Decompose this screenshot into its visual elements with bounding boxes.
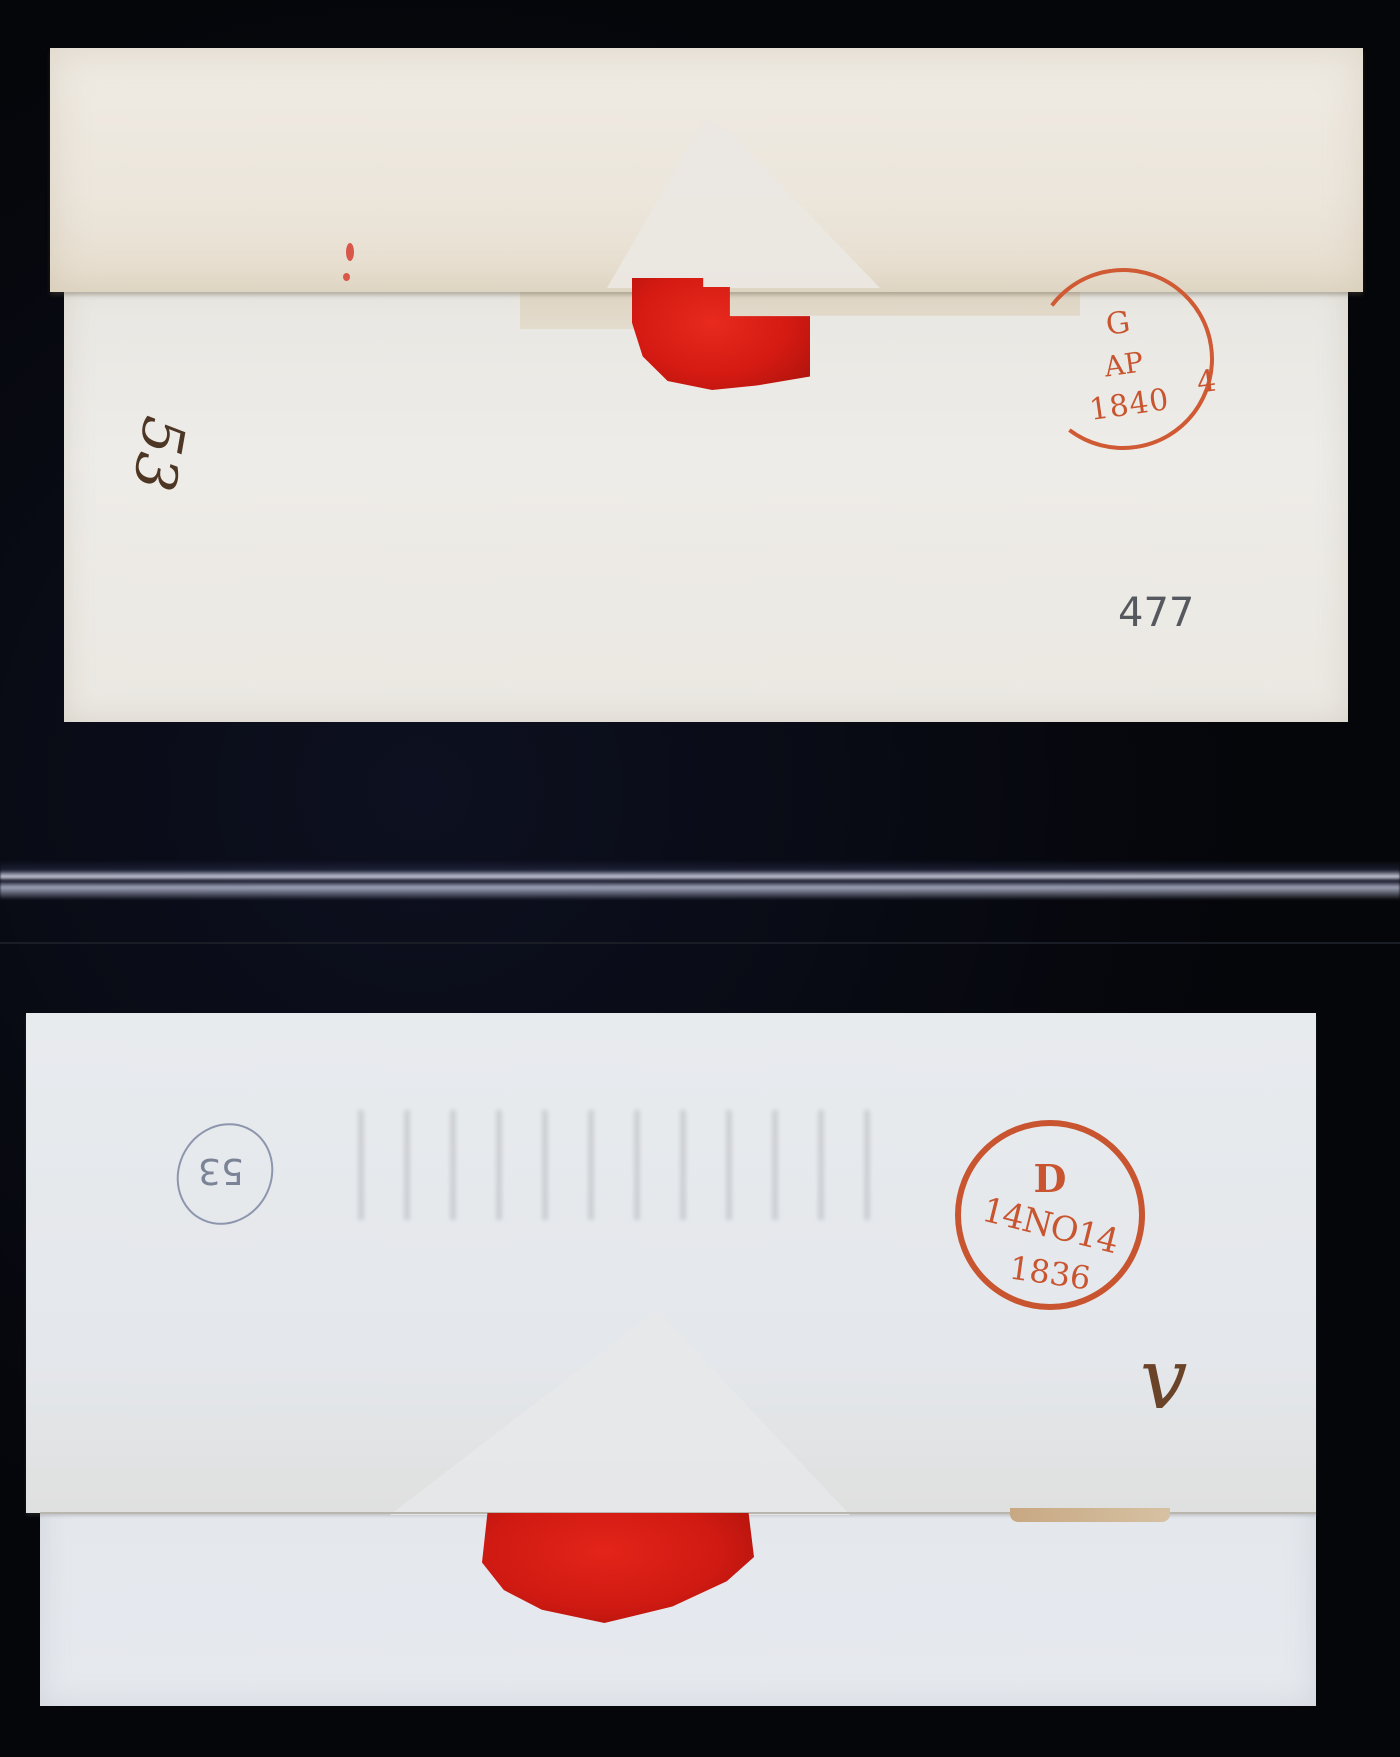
album-strip-reflection — [0, 860, 1400, 900]
upper-pencil-note: 477 — [1118, 590, 1194, 636]
album-strip-edge — [0, 942, 1400, 944]
upper-manuscript-note: 53 — [119, 412, 199, 496]
red-wax-fleck — [346, 243, 354, 261]
paper-stain — [1010, 1508, 1170, 1522]
ink-offset-impression — [340, 1110, 900, 1220]
red-wax-fleck — [343, 273, 350, 281]
lower-pencil-note: 53 — [198, 1150, 244, 1191]
lower-datestamp: D 14NO14 1836 — [955, 1120, 1145, 1310]
lower-manuscript-mark: v — [1140, 1330, 1187, 1428]
